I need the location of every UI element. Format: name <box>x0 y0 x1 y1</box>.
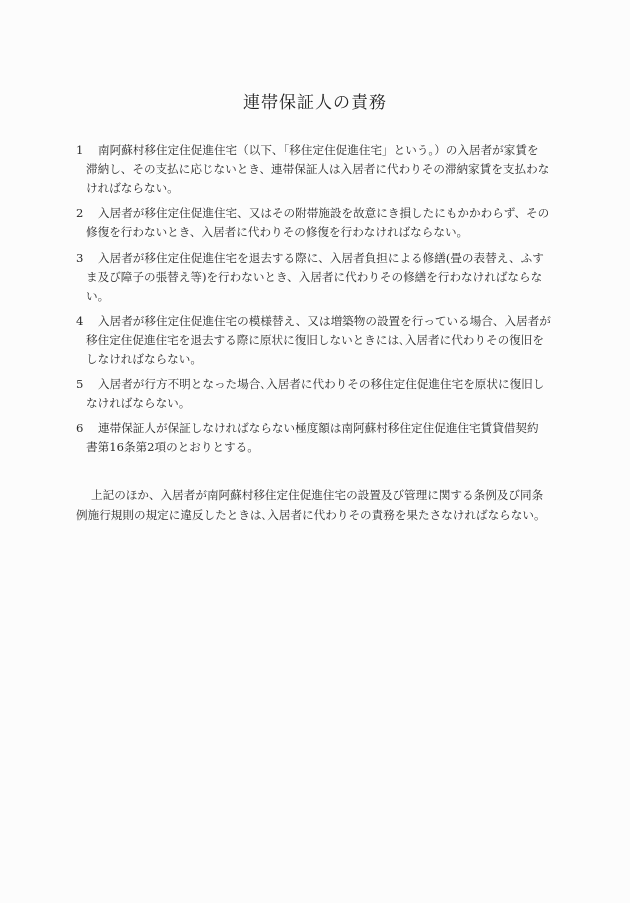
item-line: ければならない。 <box>86 180 179 196</box>
item-number: 2 <box>76 205 98 221</box>
item-text: 連帯保証人が保証しなければならない極度額は南阿蘇村移住定住促進住宅賃貸借契約 <box>98 421 539 435</box>
item-number: 3 <box>76 250 98 266</box>
item-line: 5入居者が行方不明となった場合､入居者に代わりその移住定住促進住宅を原状に復旧し <box>76 376 544 392</box>
item-text: 入居者が行方不明となった場合､入居者に代わりその移住定住促進住宅を原状に復旧し <box>98 377 544 391</box>
item-line: なければならない。 <box>86 395 190 411</box>
item-text: 入居者が移住定住促進住宅の模様替え、又は増築物の設置を行っている場合、入居者が <box>98 314 551 328</box>
item-text: 入居者が移住定住促進住宅、又はその附帯施設を故意にき損したにもかかわらず、その <box>98 206 549 220</box>
item-line: 1南阿蘇村移住定住促進住宅（以下、「移住定住促進住宅」という。）の入居者が家賃を <box>76 142 539 158</box>
item-number: 1 <box>76 142 98 158</box>
item-line: 滞納し、その支払に応じないとき、連帯保証人は入居者に代わりその滞納家賃を支払わな <box>86 161 549 177</box>
item-line: 6連帯保証人が保証しなければならない極度額は南阿蘇村移住定住促進住宅賃貸借契約 <box>76 420 539 436</box>
item-line: 移住定住促進住宅を退去する際に原状に復旧しないときには､入居者に代わりその復旧を <box>86 332 544 348</box>
item-line: 修復を行わないとき、入居者に代わりその修復を行わなければならない。 <box>86 224 468 240</box>
closing-line: 例施行規則の規定に違反したときは､入居者に代わりその責務を果たさなければならない… <box>76 507 546 523</box>
item-line: ま及び障子の張替え等)を行わないとき、入居者に代わりその修繕を行わなければならな <box>86 269 542 285</box>
item-line: い。 <box>86 288 109 304</box>
document-title: 連帯保証人の責務 <box>0 88 630 113</box>
item-number: 6 <box>76 420 98 436</box>
closing-line: 上記のほか、入居者が南阿蘇村移住定住促進住宅の設置及び管理に関する条例及び同条 <box>91 487 543 503</box>
item-number: 4 <box>76 313 98 329</box>
item-text: 入居者が移住定住促進住宅を退去する際に、入居者負担による修繕(畳の表替え、ふす <box>98 251 544 265</box>
item-line: 3入居者が移住定住促進住宅を退去する際に、入居者負担による修繕(畳の表替え、ふす <box>76 250 544 266</box>
item-line: しなければならない。 <box>86 351 202 367</box>
item-line: 書第16条第2項のとおりとする。 <box>86 439 259 455</box>
item-line: 2入居者が移住定住促進住宅、又はその附帯施設を故意にき損したにもかかわらず、その <box>76 205 549 221</box>
item-line: 4入居者が移住定住促進住宅の模様替え、又は増築物の設置を行っている場合、入居者が <box>76 313 551 329</box>
item-number: 5 <box>76 376 98 392</box>
item-text: 南阿蘇村移住定住促進住宅（以下、「移住定住促進住宅」という。）の入居者が家賃を <box>98 143 539 157</box>
